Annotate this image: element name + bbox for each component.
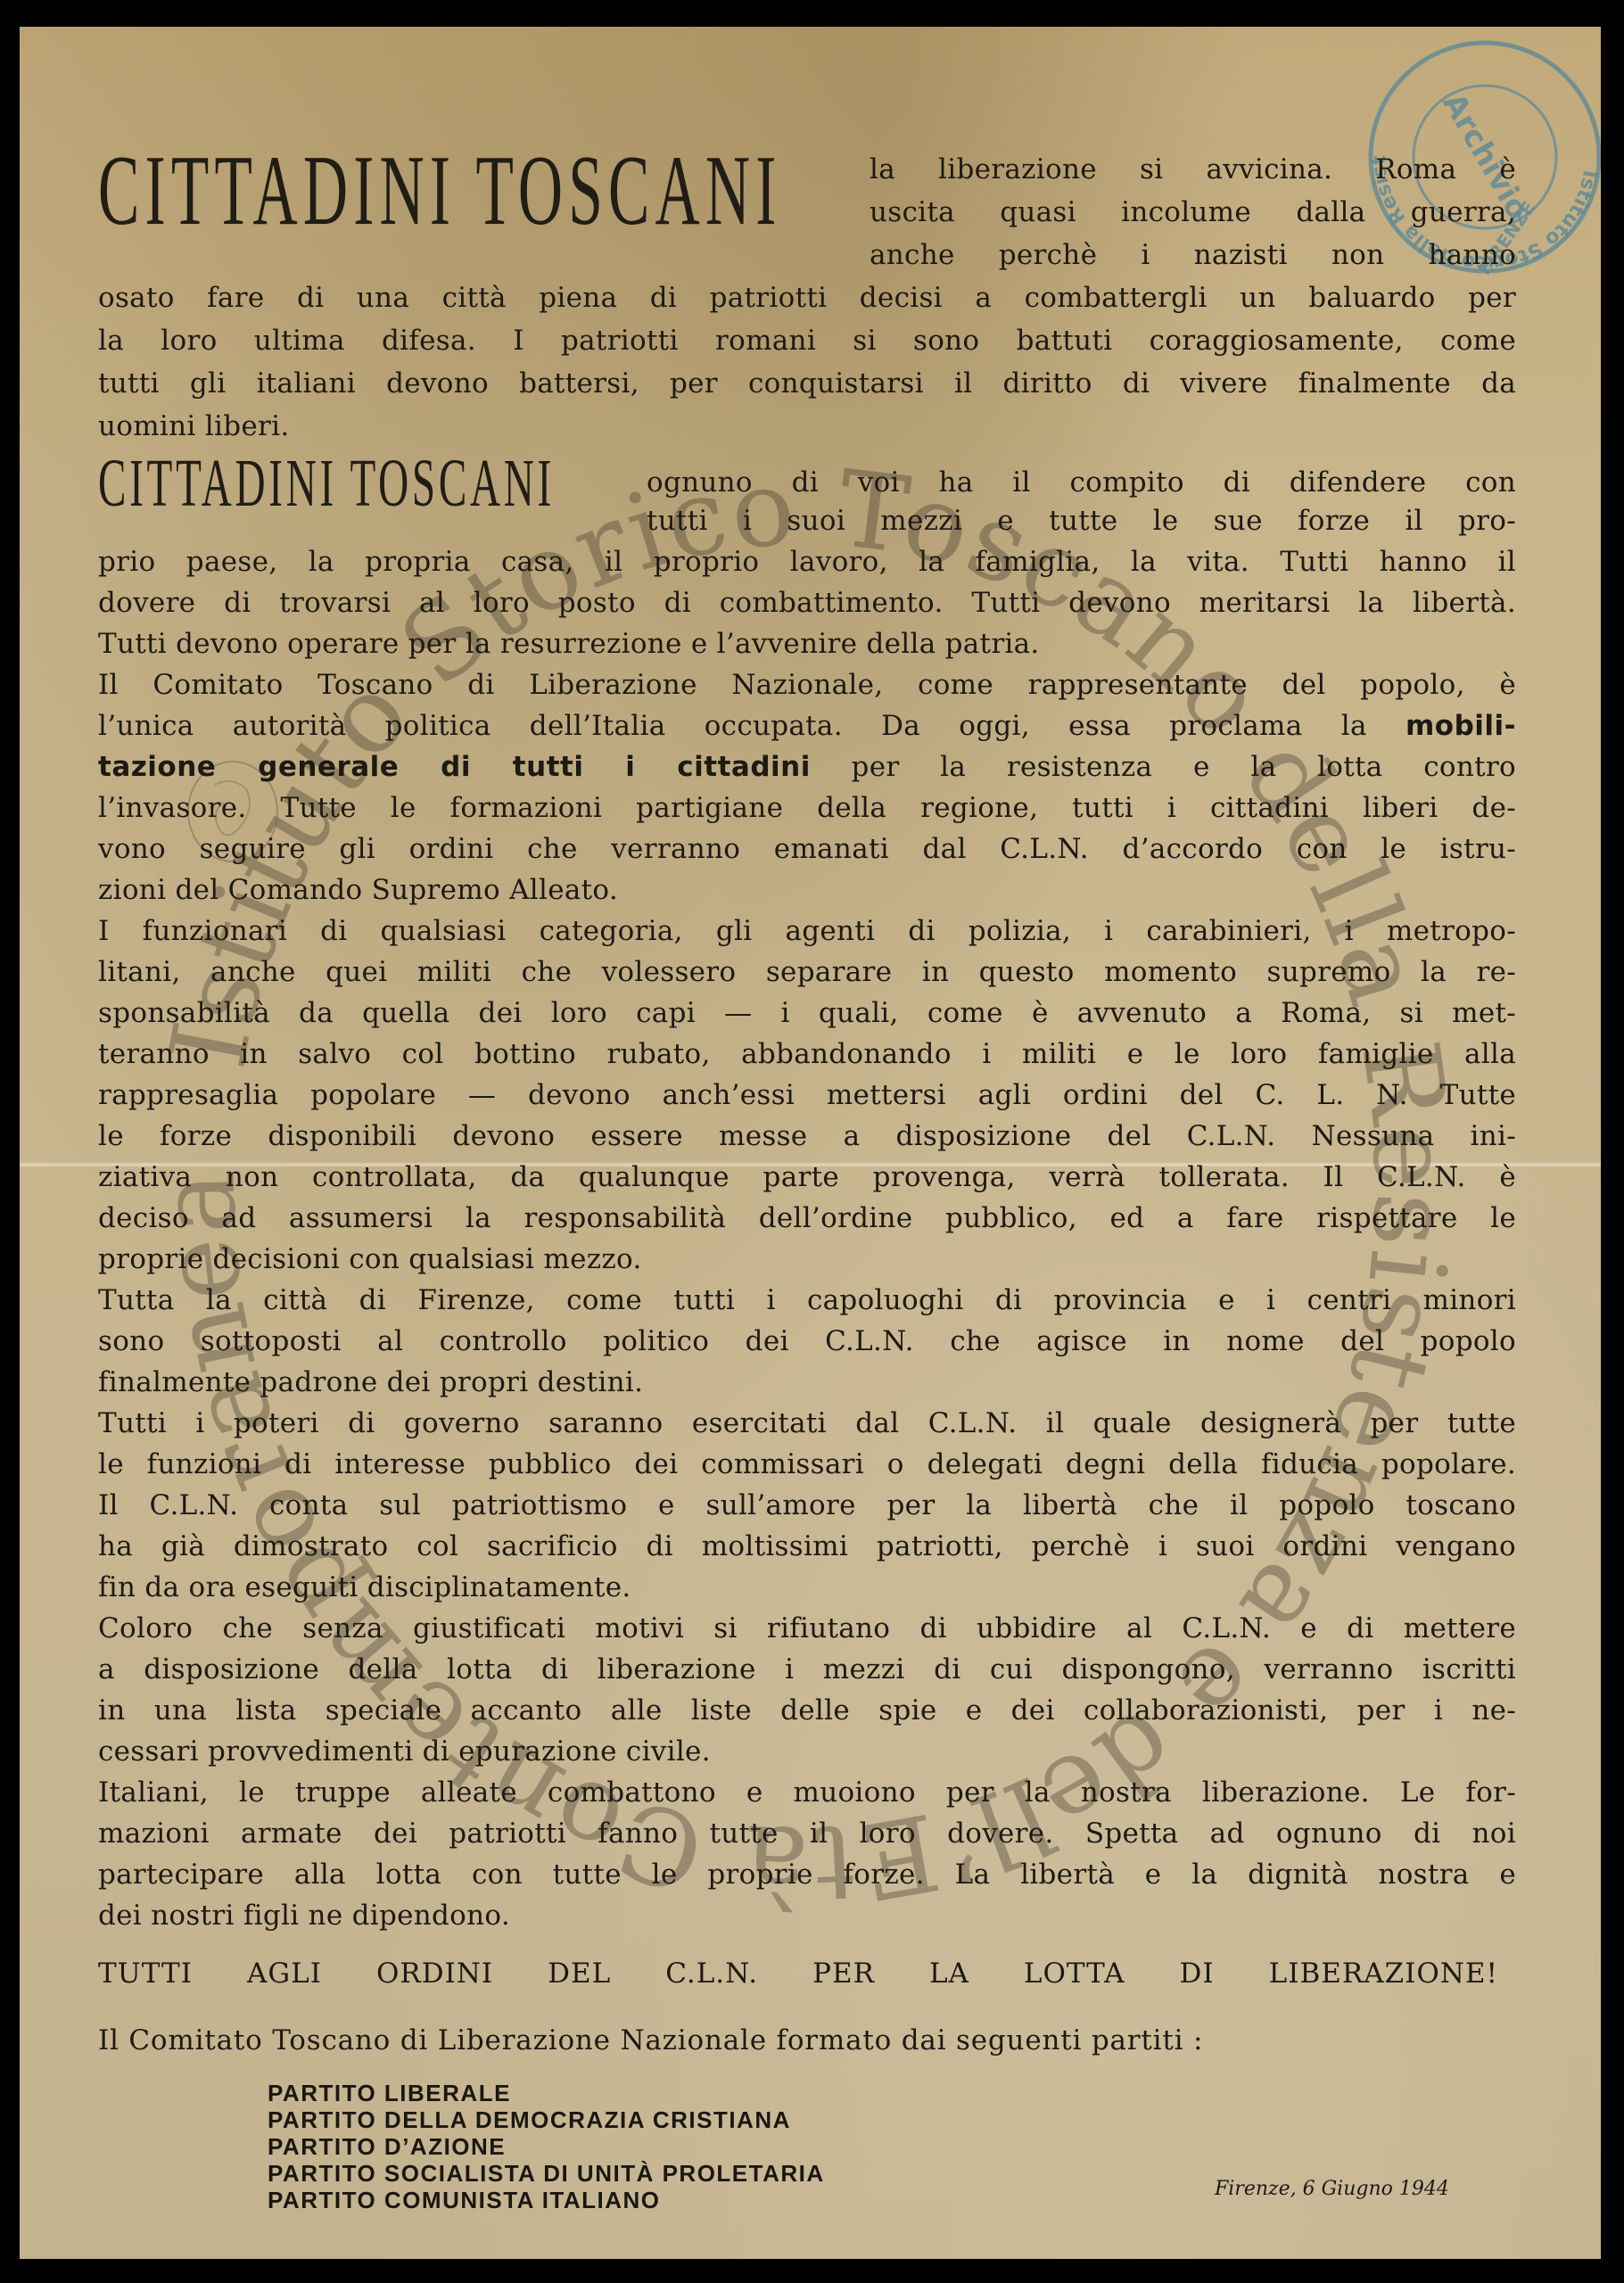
intro-line: la loro ultima difesa. I patriotti roman… <box>98 323 1516 359</box>
body-line: le forze disponibili devono essere messe… <box>98 1118 1516 1154</box>
intro-line: tutti gli italiani devono battersi, per … <box>98 366 1516 401</box>
body-line: dei nostri figli ne dipendono. <box>98 1898 1516 1933</box>
body-line: I funzionari di qualsiasi categoria, gli… <box>98 913 1516 949</box>
poster-paper: Istituto Storico Toscano della Resistenz… <box>20 27 1601 2259</box>
body-text: per la resistenza e la lotta contro <box>852 751 1516 783</box>
headline-cittadini-toscani-2: CITTADINI TOSCANI <box>98 449 555 517</box>
body-line-with-bold: tazione generale di tutti i cittadini pe… <box>98 749 1516 785</box>
body-line: deciso ad assumersi la responsabilità de… <box>98 1200 1516 1236</box>
body-text: l’unica autorità politica dell’Italia oc… <box>98 710 1367 742</box>
body-line: zioni del Comando Supremo Alleato. <box>98 872 1516 908</box>
body-line: partecipare alla lotta con tutte le prop… <box>98 1857 1516 1892</box>
parties-intro: Il Comitato Toscano di Liberazione Nazio… <box>98 2024 1203 2056</box>
body-line: a disposizione della lotta di liberazion… <box>98 1652 1516 1687</box>
body-line: Tutti i poteri di governo saranno eserci… <box>98 1405 1516 1441</box>
body-line: le funzioni di interesse pubblico dei co… <box>98 1446 1516 1482</box>
body-line: ziativa non controllata, da qualunque pa… <box>98 1159 1516 1195</box>
body-line: vono seguire gli ordini che verranno ema… <box>98 831 1516 867</box>
body-line: cessari provvedimenti di epurazione civi… <box>98 1734 1516 1769</box>
body-line: fin da ora eseguiti disciplinatamente. <box>98 1570 1516 1605</box>
body-line: l’invasore. Tutte le formazioni partigia… <box>98 790 1516 826</box>
dateline: Firenze, 6 Giugno 1944 <box>1215 2178 1449 2200</box>
bold-emphasis: tazione generale di tutti i cittadini <box>98 751 811 783</box>
body-line: prio paese, la propria casa, il proprio … <box>98 544 1516 580</box>
body-line: proprie decisioni con qualsiasi mezzo. <box>98 1241 1516 1277</box>
bold-emphasis: mobili- <box>1406 710 1516 742</box>
party-name: PARTITO COMUNISTA ITALIANO <box>268 2187 661 2213</box>
intro-line: osato fare di una città piena di patriot… <box>98 280 1516 316</box>
body-line: sono sottoposti al controllo politico de… <box>98 1323 1516 1359</box>
body-line: tutti i suoi mezzi e tutte le sue forze … <box>647 503 1516 539</box>
party-name: PARTITO DELLA DEMOCRAZIA CRISTIANA <box>268 2106 791 2133</box>
party-name: PARTITO D’AZIONE <box>268 2133 506 2160</box>
body-line: mazioni armate dei patriotti fanno tutte… <box>98 1816 1516 1851</box>
intro-line: uscita quasi incolume dalla guerra, <box>870 194 1516 230</box>
party-name: PARTITO SOCIALISTA DI UNITÀ PROLETARIA <box>268 2160 825 2187</box>
body-line-with-bold: l’unica autorità politica dell’Italia oc… <box>98 708 1516 744</box>
body-line: in una lista speciale accanto alle liste… <box>98 1693 1516 1728</box>
body-line: rappresaglia popolare — devono anch’essi… <box>98 1077 1516 1113</box>
intro-line: la liberazione si avvicina. Roma è <box>870 152 1516 187</box>
body-line: finalmente padrone dei propri destini. <box>98 1364 1516 1400</box>
body-line: Il Comitato Toscano di Liberazione Nazio… <box>98 667 1516 703</box>
body-line: Tutti devono operare per la resurrezione… <box>98 626 1516 662</box>
body-line: sponsabilità da quella dei loro capi — i… <box>98 995 1516 1031</box>
intro-line: anche perchè i nazisti non hanno <box>870 237 1516 273</box>
body-line: Italiani, le truppe alleate combattono e… <box>98 1775 1516 1810</box>
body-line: teranno in salvo col bottino rubato, abb… <box>98 1036 1516 1072</box>
slogan: TUTTI AGLI ORDINI DEL C.L.N. PER LA LOTT… <box>98 1957 1498 1990</box>
headline-cittadini-toscani-1: CITTADINI TOSCANI <box>98 141 782 241</box>
body-line: ha già dimostrato col sacrificio di molt… <box>98 1529 1516 1564</box>
party-name: PARTITO LIBERALE <box>268 2080 511 2106</box>
body-line: Tutta la città di Firenze, come tutti i … <box>98 1282 1516 1318</box>
intro-line: uomini liberi. <box>98 408 1516 444</box>
body-line: Il C.L.N. conta sul patriottismo e sull’… <box>98 1488 1516 1523</box>
body-line: ognuno di voi ha il compito di difendere… <box>647 465 1516 500</box>
body-line: Coloro che senza giustificati motivi si … <box>98 1611 1516 1646</box>
body-line: dovere di trovarsi al loro posto di comb… <box>98 585 1516 621</box>
body-line: litani, anche quei militi che volessero … <box>98 954 1516 990</box>
